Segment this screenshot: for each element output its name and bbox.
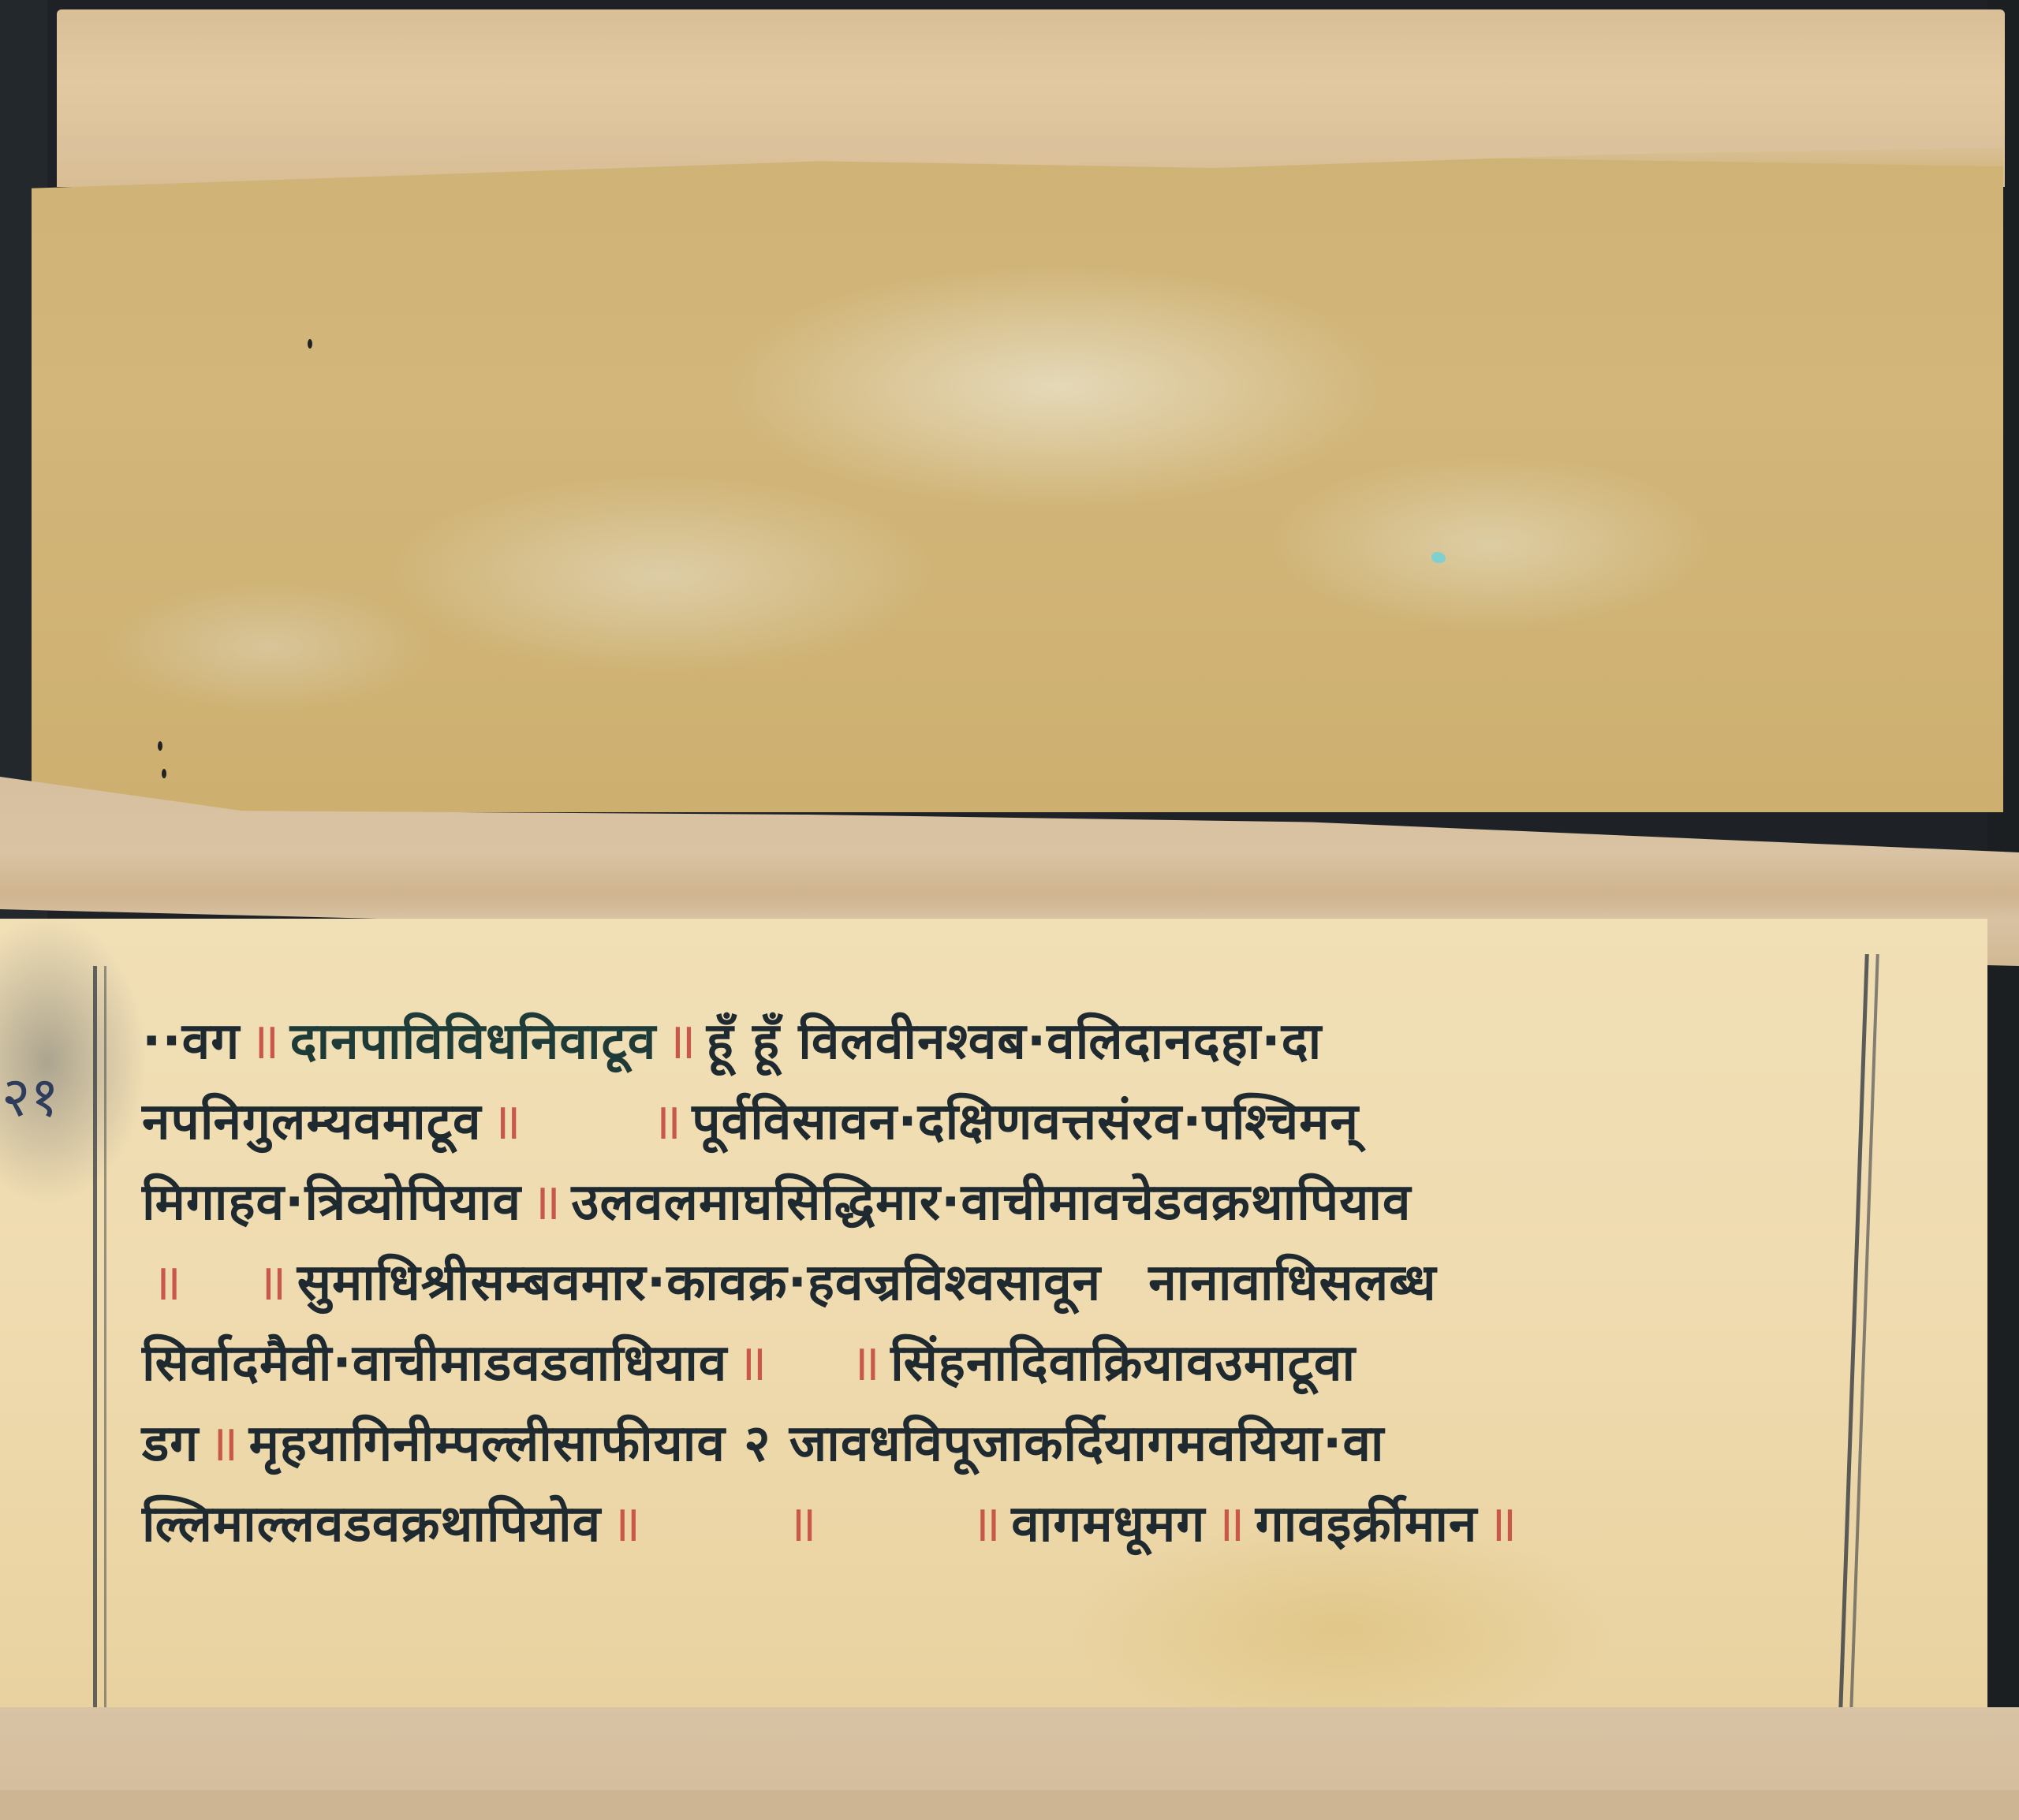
text-segment: ल्लिमाल्लवडवक्रथापियोव: [142, 1495, 601, 1553]
text-segment: वागमधूमग: [1011, 1495, 1205, 1553]
text-segment: ··वग: [142, 1013, 240, 1071]
text-segment: नानावाधिसलब्ध: [1148, 1254, 1436, 1312]
red-double-danda: ॥: [971, 1495, 1002, 1553]
text-segment: नपनिगुलम्यवमाटूव: [142, 1093, 482, 1151]
text-segment: गावइर्क्रीमान: [1256, 1495, 1478, 1553]
folio-number: २१: [2, 1057, 59, 1132]
red-double-danda: ॥: [850, 1334, 881, 1393]
red-double-danda: ॥: [651, 1093, 682, 1151]
text-segment: सुमाधिश्रीसम्बवमार·कावक्र·हवज्रविश्वसावू…: [297, 1254, 1102, 1312]
text-segment: सिंहनादिवाक्रियावउमाटूवा: [890, 1334, 1356, 1393]
text-line-7: ल्लिमाल्लवडवक्रथापियोव॥॥॥वागमधूमग॥गावइर्…: [142, 1484, 1853, 1565]
red-double-danda: ॥: [208, 1415, 239, 1473]
red-double-danda: ॥: [1487, 1495, 1517, 1553]
red-double-danda: ॥: [1215, 1495, 1245, 1553]
text-segment: पूर्वविसावन·दक्षिणवत्तसंरव·पश्चिमन्: [692, 1093, 1359, 1151]
red-double-danda: ॥: [787, 1495, 818, 1553]
text-segment: दानपाविविधनिवाटूव: [290, 1013, 657, 1071]
turquoise-speck: [1431, 552, 1446, 563]
text-segment: मृहयागिनीम्पल्लीसाफीयाव २ जावधविपूजाकर्द…: [249, 1415, 1385, 1473]
text-line-5: सिर्वादमैवी·वाचीमाडवडवाधियाव॥॥सिंहनादिवा…: [142, 1323, 1853, 1404]
red-double-danda: ॥: [737, 1334, 767, 1393]
worm-hole: [308, 339, 312, 349]
manuscript-text: ··वग॥दानपाविविधनिवाटूव॥हूँ हूँ विलवीनश्व…: [142, 1001, 1853, 1565]
red-double-danda: ॥: [256, 1254, 287, 1312]
text-line-4: ॥॥सुमाधिश्रीसम्बवमार·कावक्र·हवज्रविश्वसा…: [142, 1243, 1853, 1323]
text-line-1: ··वग॥दानपाविविधनिवाटूव॥हूँ हूँ विलवीनश्व…: [142, 1001, 1853, 1082]
red-double-danda: ॥: [531, 1173, 562, 1232]
text-segment: डग: [142, 1415, 199, 1473]
red-double-danda: ॥: [666, 1013, 696, 1071]
margin-rule-left: [93, 966, 97, 1707]
upper-yellow-folio: [32, 134, 2003, 812]
text-segment: हूँ हूँ विलवीनश्वब·वलिदानदहा·दा: [707, 1013, 1322, 1071]
bottom-underlying-folio: [0, 1790, 2019, 1820]
text-line-3: मिगाहव·त्रिव्योपियाव॥उलवलमाघसिद्धिमार·वा…: [142, 1162, 1853, 1243]
text-line-2: नपनिगुलम्यवमाटूव॥॥पूर्वविसावन·दक्षिणवत्त…: [142, 1082, 1853, 1162]
red-double-danda: ॥: [249, 1013, 280, 1071]
worm-hole: [162, 769, 166, 778]
text-segment: सिर्वादमैवी·वाचीमाडवडवाधियाव: [142, 1334, 727, 1393]
red-double-danda: ॥: [151, 1254, 182, 1312]
worm-hole: [158, 741, 162, 751]
text-line-6: डग॥मृहयागिनीम्पल्लीसाफीयाव २ जावधविपूजाक…: [142, 1404, 1853, 1484]
margin-rule-left-inner: [104, 966, 106, 1707]
red-double-danda: ॥: [610, 1495, 641, 1553]
text-segment: उलवलमाघसिद्धिमार·वाचीमावचेडवक्रथापियाव: [571, 1173, 1411, 1232]
text-segment: मिगाहव·त्रिव्योपियाव: [142, 1173, 521, 1232]
red-double-danda: ॥: [491, 1093, 522, 1151]
